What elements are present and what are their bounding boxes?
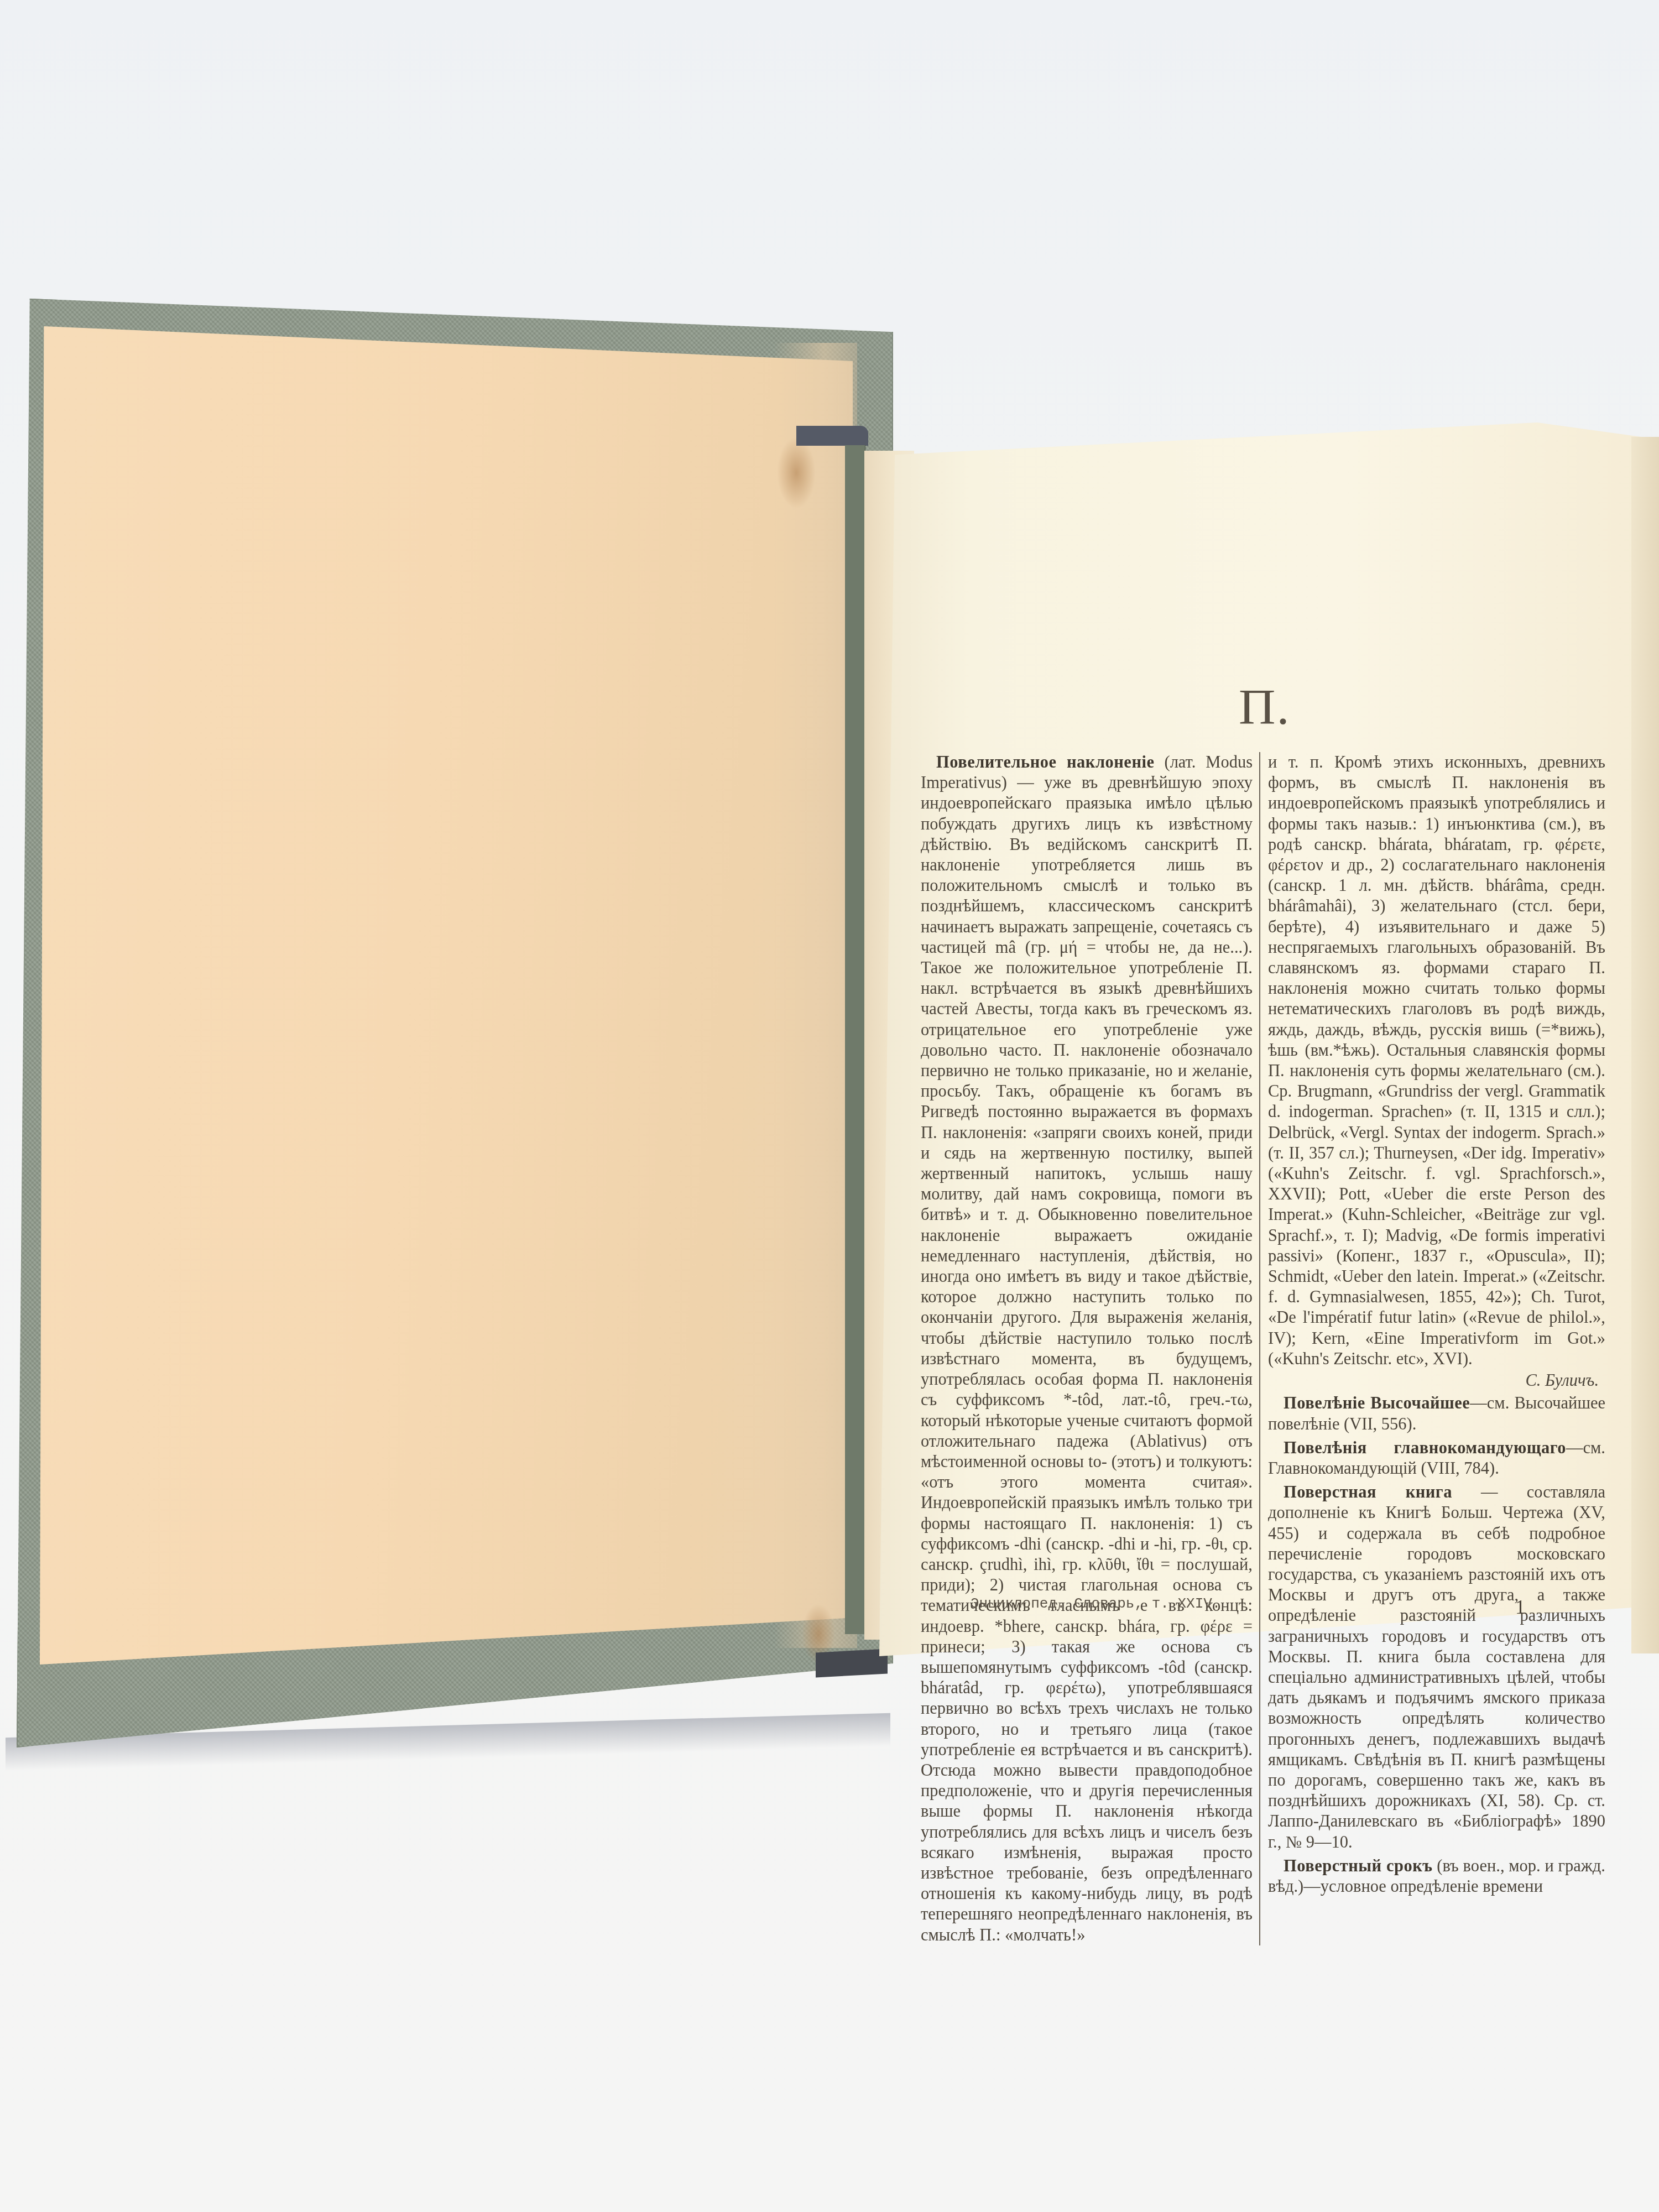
entry: Повелѣнія главнокомандующаго—см. Главнок… [1268, 1438, 1605, 1479]
entry-continuation: и т. п. Кромѣ этихъ исконныхъ, древнихъ … [1268, 752, 1605, 1369]
entry: Повелѣніе Высочайшее—см. Высочайшее пове… [1268, 1393, 1605, 1434]
page-number: 1 [1515, 1595, 1525, 1619]
spine-cap-top [796, 426, 868, 446]
text-columns: Повелительное наклоненіе (лат. Modus Imp… [921, 752, 1640, 1945]
spine-hinge [845, 445, 865, 1634]
right-column: и т. п. Кромѣ этихъ исконныхъ, древнихъ … [1259, 752, 1605, 1945]
entry-headword: Поверстная книга [1284, 1483, 1452, 1501]
author-signature: С. Буличъ. [1268, 1370, 1599, 1391]
entry: Повелительное наклоненіе (лат. Modus Imp… [921, 752, 1253, 1945]
spine-cap-bottom [816, 1649, 888, 1678]
entry-text: (лат. Modus Imperativus) — уже въ древнѣ… [921, 753, 1253, 1944]
page-content: П. Повелительное наклоненіе (лат. Modus … [921, 653, 1640, 1648]
entry: Поверстная книга — составляла дополненіе… [1268, 1482, 1605, 1853]
entry-headword: Повелительное наклоненіе [936, 753, 1154, 771]
section-letter: П. [1239, 677, 1290, 736]
entry-headword: Повелѣніе Высочайшее [1284, 1394, 1470, 1412]
endpaper [40, 326, 853, 1665]
entry-headword: Поверстный срокъ [1284, 1856, 1433, 1875]
left-column: Повелительное наклоненіе (лат. Modus Imp… [921, 752, 1259, 1945]
volume-signature: Энциклопед. Словарь, т. XXIV. [971, 1595, 1220, 1612]
entry-text: и т. п. Кромѣ этихъ исконныхъ, древнихъ … [1268, 753, 1605, 1368]
entry: Поверстный срокъ (въ воен., мор. и гражд… [1268, 1856, 1605, 1897]
entry-headword: Повелѣнія главнокомандующаго [1284, 1438, 1566, 1457]
entry-text: — составляла дополненіе къ Книгѣ Больш. … [1268, 1483, 1605, 1851]
